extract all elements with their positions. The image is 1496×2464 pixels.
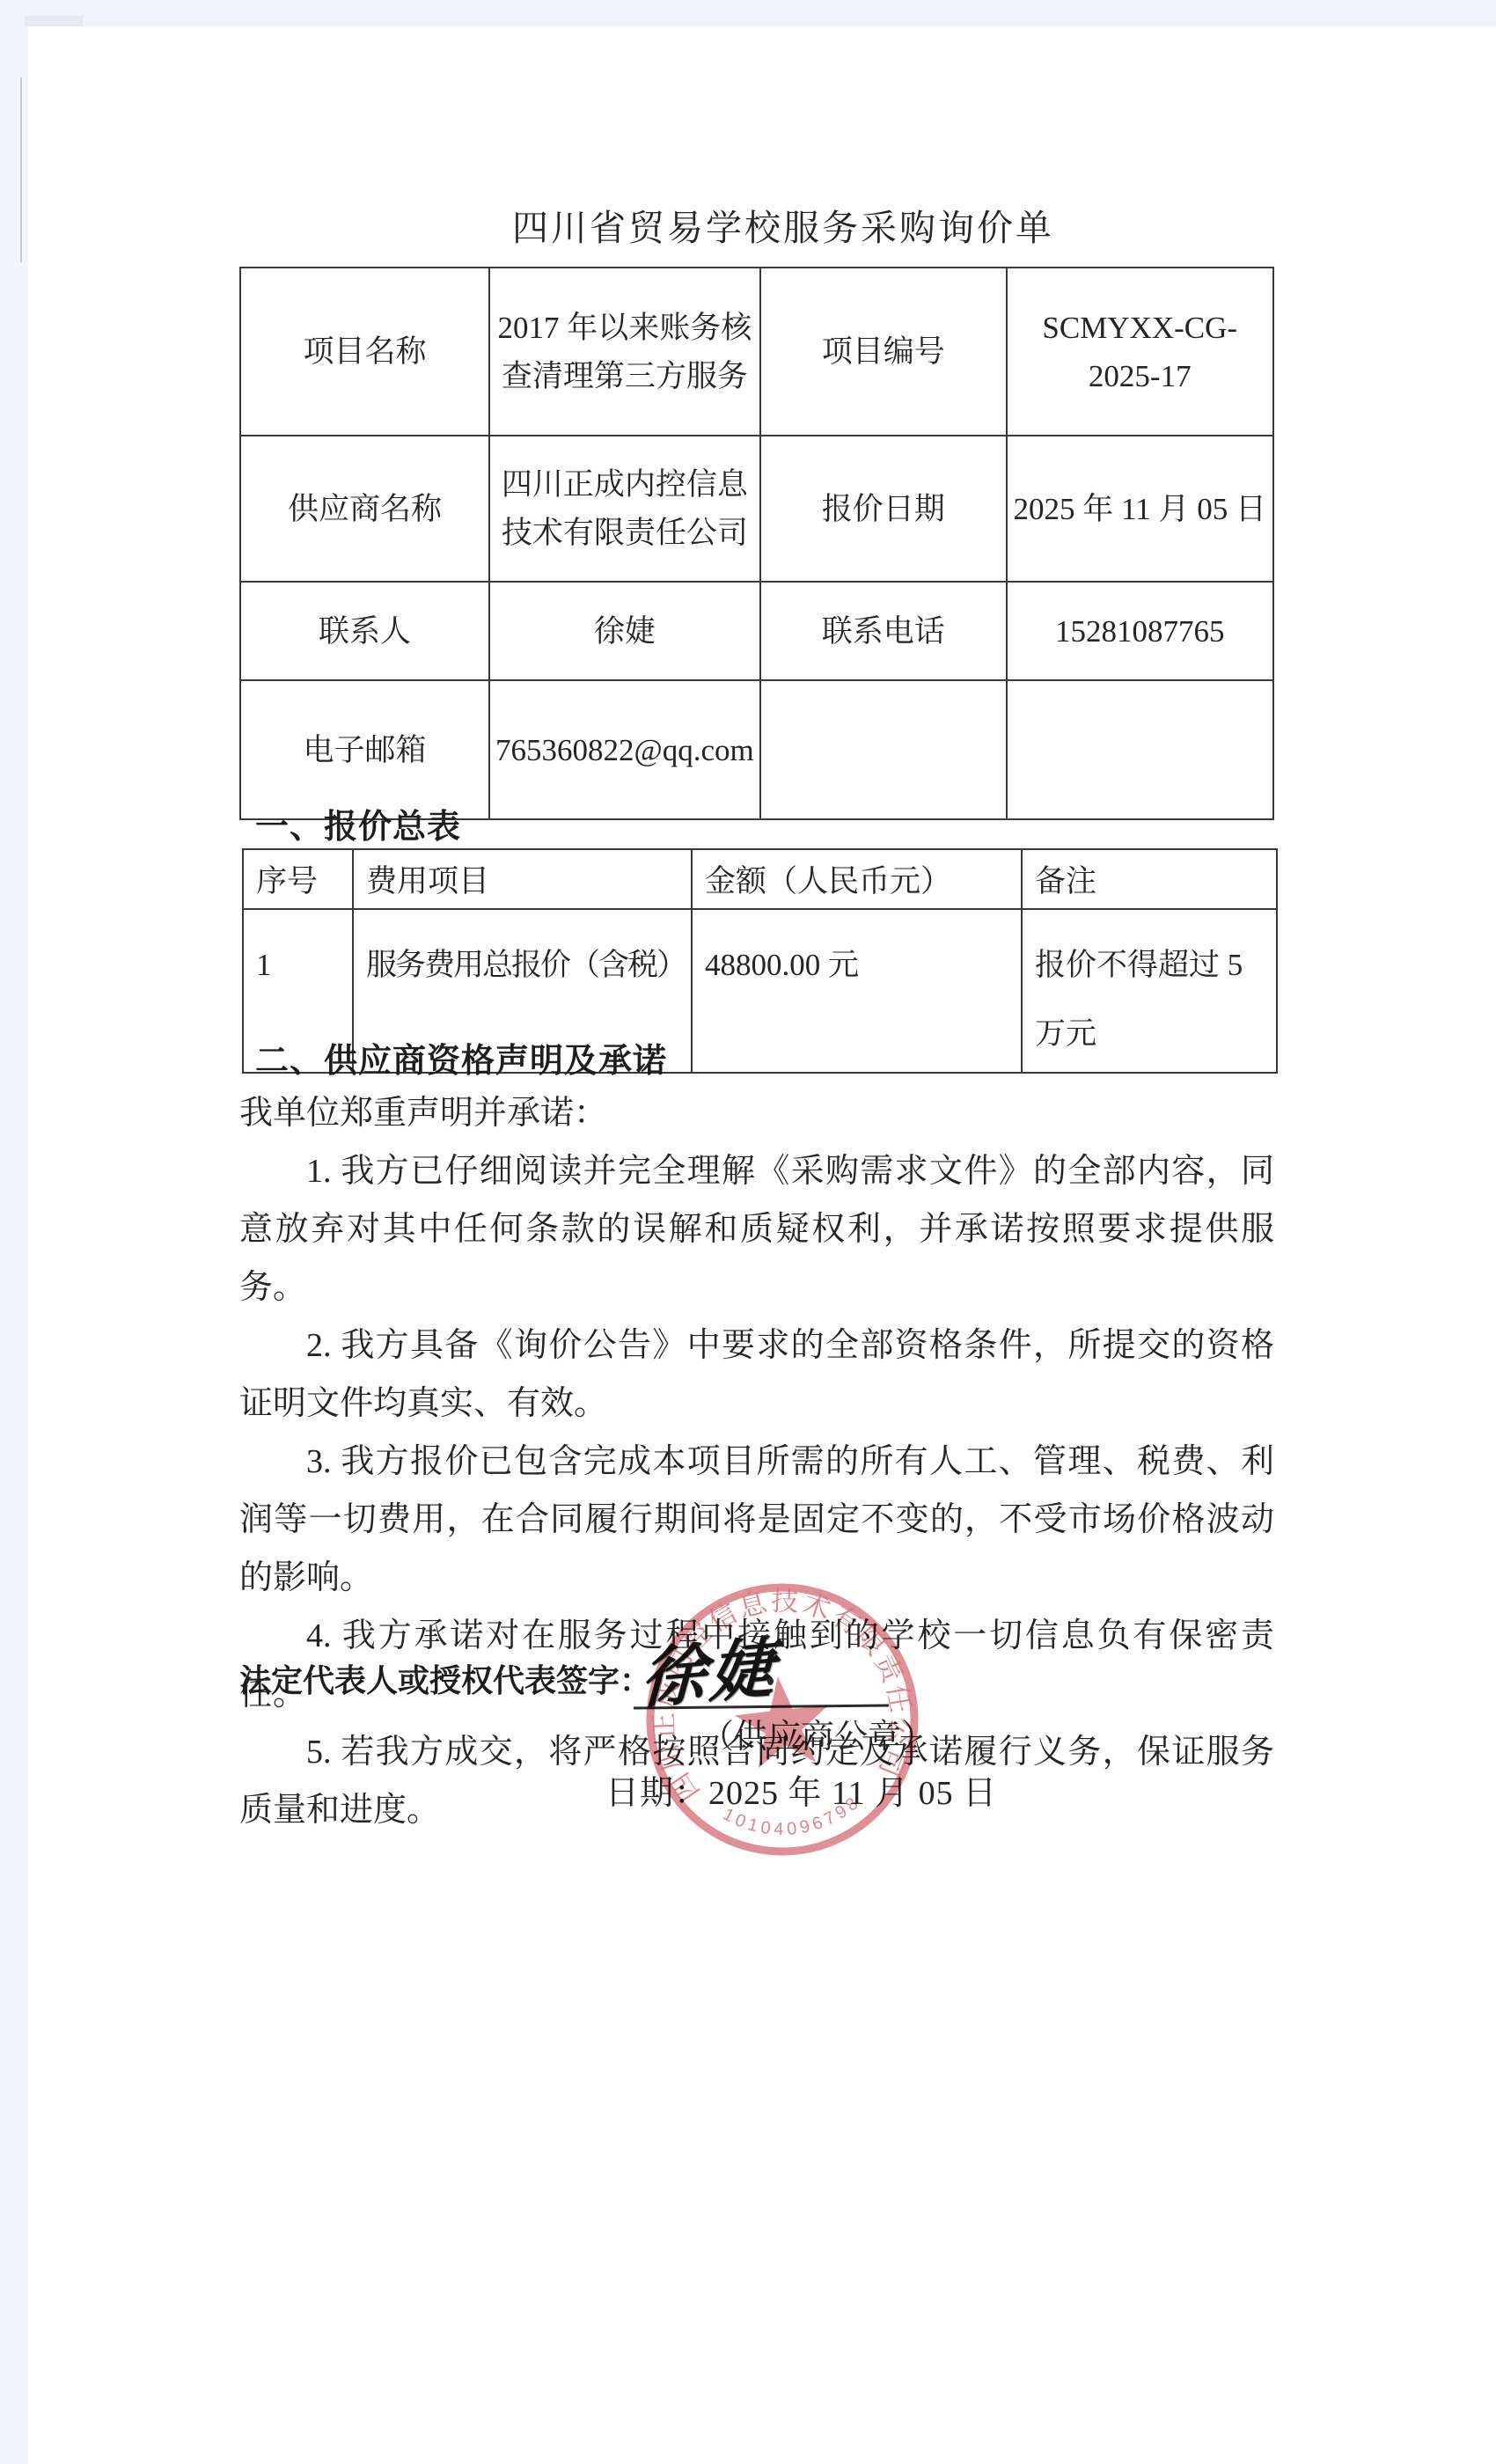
section1-heading: 一、报价总表 — [255, 799, 461, 847]
contact-value: 徐婕 — [489, 582, 760, 680]
col-header-item: 费用项目 — [353, 849, 692, 909]
project-number-value: SCMYXX-CG-2025-17 — [1007, 268, 1273, 436]
col-header-amount: 金额（人民币元） — [692, 849, 1022, 909]
declaration-intro: 我单位郑重声明并承诺： — [239, 1084, 1274, 1142]
phone-value: 15281087765 — [1007, 582, 1273, 680]
table-row: 联系人 徐婕 联系电话 15281087765 — [240, 582, 1273, 680]
declaration-item-2: 2. 我方具备《询价公告》中要求的全部资格条件，所提交的资格证明文件均真实、有效… — [239, 1316, 1274, 1433]
table-row: 供应商名称 四川正成内控信息技术有限责任公司 报价日期 2025 年 11 月 … — [240, 436, 1273, 582]
table-row: 项目名称 2017 年以来账务核查清理第三方服务 项目编号 SCMYXX-CG-… — [240, 268, 1273, 436]
empty-cell — [1007, 680, 1273, 819]
col-header-note: 备注 — [1022, 849, 1277, 909]
project-name-value: 2017 年以来账务核查清理第三方服务 — [489, 268, 760, 436]
row-amount: 48800.00 元 — [692, 909, 1022, 1073]
contact-label: 联系人 — [240, 582, 489, 680]
handwritten-signature: 徐婕 — [639, 1616, 779, 1721]
project-info-table: 项目名称 2017 年以来账务核查清理第三方服务 项目编号 SCMYXX-CG-… — [239, 267, 1274, 820]
empty-cell — [760, 680, 1007, 819]
declaration-item-3: 3. 我方报价已包含完成本项目所需的所有人工、管理、税费、利润等一切费用，在合同… — [239, 1433, 1274, 1607]
signature-date: 日期：2025 年 11 月 05 日 — [605, 1765, 997, 1814]
project-number-label: 项目编号 — [760, 268, 1007, 436]
quote-date-value: 2025 年 11 月 05 日 — [1007, 436, 1273, 582]
email-value: 765360822@qq.com — [489, 680, 760, 819]
section2-heading: 二、供应商资格声明及承诺 — [255, 1033, 667, 1082]
supplier-name-value: 四川正成内控信息技术有限责任公司 — [489, 436, 760, 582]
scanned-document-page: 四川省贸易学校服务采购询价单 项目名称 2017 年以来账务核查清理第三方服务 … — [0, 0, 1496, 2464]
scan-artifact-smudge — [25, 16, 83, 26]
document-title: 四川省贸易学校服务采购询价单 — [35, 199, 1496, 251]
supplier-seal-note: （供应商公章） — [700, 1709, 935, 1757]
col-header-no: 序号 — [243, 849, 353, 909]
scan-edge-left — [0, 0, 28, 2464]
table-header-row: 序号 费用项目 金额（人民币元） 备注 — [243, 849, 1277, 909]
scan-edge-top — [0, 0, 1496, 26]
pen-dot-mark — [767, 1677, 774, 1685]
declaration-item-1: 1. 我方已仔细阅读并完全理解《采购需求文件》的全部内容，同意放弃对其中任何条款… — [239, 1142, 1274, 1316]
phone-label: 联系电话 — [760, 582, 1007, 680]
supplier-name-label: 供应商名称 — [240, 436, 489, 582]
project-name-label: 项目名称 — [240, 268, 489, 436]
signature-label: 法定代表人或授权代表签字： — [239, 1656, 651, 1701]
quote-date-label: 报价日期 — [760, 436, 1007, 582]
row-note: 报价不得超过 5 万元 — [1022, 909, 1277, 1073]
scan-artifact-line — [20, 77, 22, 262]
